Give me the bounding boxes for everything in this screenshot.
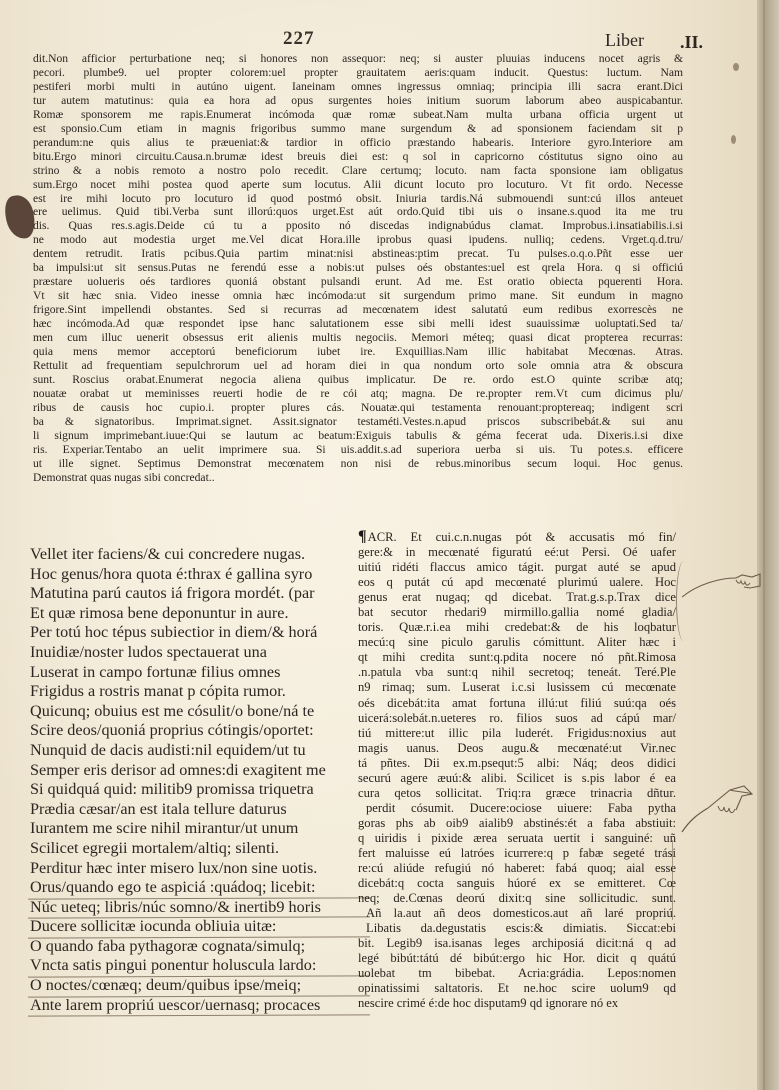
commentary-line: Añ la.aut añ deos domesticos.aut añ laré… [358, 906, 676, 921]
commentary-line: n9 rimaq; sum. Luserat i.c.si lusissem c… [358, 680, 676, 695]
folio-number: 227 [283, 28, 315, 50]
commentary-line: dit.Non afficior perturbatione neq; si h… [33, 52, 683, 66]
commentary-line: est ire mihi locuto pro locuturo id quod… [33, 192, 683, 206]
commentary-line: neq; de.Cœnas deorú dixit:q sine sollici… [358, 891, 676, 906]
commentary-line: toris. Quæ.r.i.ea mihi credebat:& de his… [358, 620, 676, 635]
commentary-line: genus erat nugaq; qd dicebat. Trat.g.s.p… [358, 590, 676, 605]
commentary-line: dicebát:q cocta sanguis húoré ex se emit… [358, 876, 676, 891]
commentary-line: .n.patula vba sunt:q nihil secretoq; ten… [358, 665, 676, 680]
commentary-line: Libatis da.degustatis escis:& dimiatis. … [358, 921, 676, 936]
verse-line: Frigidus a rostris manat p cópita rumor. [30, 682, 360, 702]
commentary-line: Rettulit ad frequentiam sepulchrorum uel… [33, 359, 683, 373]
commentary-line: ris. Experiar.Tentabo an uelit imprimere… [33, 443, 683, 457]
commentary-line: tur autem matutinus: quia ea hora ad opu… [33, 94, 683, 108]
commentary-line: dis. Quas res.s.agis.Deide cú tu a pposi… [33, 219, 683, 233]
book-page: 227 Liber .II. dit.Non afficior perturba… [0, 0, 779, 1090]
commentary-line: sunt. Roscius orabat.Enumerat negocia al… [33, 373, 683, 387]
verse-line: Perditur hæc inter misero lux/non sine u… [30, 859, 360, 879]
commentary-line: gere:& in mecœnaté figuratú eé:ut Persi.… [358, 545, 676, 560]
verse-line: O quando faba pythagoræ cognata/simulq; [30, 937, 360, 957]
commentary-line: strino & a nobis remoto a nostro polo re… [33, 164, 683, 178]
page-gutter [757, 0, 779, 1090]
commentary-line: nescire crimé é:de hoc disputam9 qd igno… [358, 996, 676, 1011]
commentary-text: ACR. Et cui.c.n.nugas pót & accusatis mó… [368, 530, 676, 544]
commentary-line: magis uanus. Deos augu.& mecœnaté:ut Vir… [358, 741, 676, 756]
commentary-line: quia mens memor acceptorú beneficiorum i… [33, 345, 683, 359]
commentary-line: ere uelimus. Quid tibi.Verba sunt illorú… [33, 205, 683, 219]
commentary-line: ribus de causis hoc cupio.i. propter plu… [33, 401, 683, 415]
verse-line: Nunquid de dacis audisti:nil equidem/ut … [30, 741, 360, 761]
paper-spot [731, 135, 736, 144]
commentary-line: tiú mittere:ut illic pila luderét. Frigi… [358, 726, 676, 741]
commentary-line: qt mihi credita sunt:q.pdita nocere nó p… [358, 650, 676, 665]
commentary-line: hæc incómoda.Ad quæ respondet ipse hanc … [33, 317, 683, 331]
commentary-line: tá pñtes. Dii ex.m.psequt:5 albi: Náq; d… [358, 756, 676, 771]
verse-line: Scilicet egregii mortalem/altiq; silenti… [30, 839, 360, 859]
verse-line: Quicunq; obuius est me cósulit/o bone/ná… [30, 702, 360, 722]
commentary-line: dentem retrudit. Iratis pcibus.Quia part… [33, 247, 683, 261]
commentary-line: bat secutor rhedari9 mirmillo.gallia nom… [358, 605, 676, 620]
commentary-line: sum.Ergo nocet mihi postea quod aperte s… [33, 178, 683, 192]
verse-line-underlined: O noctes/cœnæq; deum/quibus ipse/meiq; [30, 976, 360, 996]
commentary-line: opinatissimi saltatoris. Et ne.hoc scire… [358, 981, 676, 996]
running-head: Liber [605, 30, 644, 51]
paragraph-mark-icon: ¶ [358, 529, 367, 545]
commentary-line: Demonstrat quas nugas sibi concredat.. [33, 471, 683, 485]
verse-line-underlined: Núc ueteq; libris/núc somno/& inertib9 h… [30, 898, 360, 918]
verse-line: Per totú hoc tépus subiectior in diem/& … [30, 623, 360, 643]
paper-spot [733, 63, 739, 71]
verse-line: Scire deos/quoniá proprius cótingis/opor… [30, 721, 360, 741]
commentary-line: oés dicebát:ita amat fortuna illú:ut fil… [358, 696, 676, 711]
commentary-line: Vt sit hæc snia. Video inesse omnia hæc … [33, 289, 683, 303]
commentary-line: ne modo aut modestia urget me.Vel dicat … [33, 233, 683, 247]
commentary-line: eos q putát cú apd mecœnaté plurimú uale… [358, 575, 676, 590]
commentary-line: mecú:q sine piculo garulis cómittunt. Al… [358, 635, 676, 650]
commentary-line: perdit cósumit. Ducere:ociose uiuere: Fa… [358, 801, 676, 816]
commentary-line: ba impulsi:ut sit sensus.Putas ne ferend… [33, 261, 683, 275]
margin-bracket [672, 840, 683, 920]
commentary-line: q uiridis i pixide ærea seruata uertit i… [358, 831, 676, 846]
commentary-line-first: ¶ACR. Et cui.c.n.nugas pót & accusatis m… [358, 529, 676, 545]
commentary-line: goras phs ab oib9 aialib9 abstinés:ét a … [358, 816, 676, 831]
verse-line-underlined: Orus/quando ego te aspiciá :quádoq; lice… [30, 878, 360, 898]
commentary-block-top: dit.Non afficior perturbatione neq; si h… [33, 52, 683, 485]
commentary-line: bitu.Ergo minori circuitu.Causa.n.brumæ … [33, 150, 683, 164]
verse-line: Hoc genus/hora quota é:thrax é gallina s… [30, 565, 360, 585]
pointing-hand-icon [678, 780, 768, 850]
commentary-line: uicerá:solebát.n.ueteres ro. filios suos… [358, 711, 676, 726]
verse-line: Et quæ rimosa bene deponuntur in aure. [30, 604, 360, 624]
commentary-line: men cum illuc uenerit obsessus erit alie… [33, 331, 683, 345]
commentary-line: re:cú aliúde refugiú nó haberet: fabá qu… [358, 861, 676, 876]
commentary-line: pestiferi morbi multi in autúno uigent. … [33, 80, 683, 94]
commentary-line: securú agere æuú:& alibi. Scilicet is s.… [358, 771, 676, 786]
commentary-line: ut ille signet. Septimus Demonstrat mecœ… [33, 457, 683, 471]
pointing-hand-icon [680, 570, 770, 610]
verse-line: Semper eris derisor ad omnes:di exagiten… [30, 761, 360, 781]
verse-line: Matutina parú cautos iá frigora mordét. … [30, 584, 360, 604]
commentary-line: est sponsio.Cum etiam in magnis frigorib… [33, 122, 683, 136]
commentary-line: fert maluisse eú latróes icurrere:q p fa… [358, 846, 676, 861]
commentary-block-right: ¶ACR. Et cui.c.n.nugas pót & accusatis m… [358, 529, 676, 1012]
verse-line: Vellet iter faciens/& cui concredere nug… [30, 545, 360, 565]
verse-line-underlined: Ante larem propriú uescor/uernasq; proca… [30, 996, 360, 1016]
page-header: 227 Liber .II. [0, 28, 779, 52]
commentary-line: li signum imprimebant.iuue:Qui se lautum… [33, 429, 683, 443]
commentary-line: uitiú ridéti flaccus amico tágit. purgat… [358, 560, 676, 575]
commentary-line: præstare uolueris oés tardiores quoniá o… [33, 275, 683, 289]
commentary-line: frigore.Sint impellendi obstantes. Sed s… [33, 303, 683, 317]
commentary-line: pecori. plumbe9. uel propter colorem:uel… [33, 66, 683, 80]
verse-line: Iurantem me scire nihil mirantur/ut unum [30, 819, 360, 839]
verse-line: Luserat in campo fortunæ filius omnes [30, 663, 360, 683]
commentary-line: cura qetos sollicitat. Triq:ra græce tri… [358, 786, 676, 801]
commentary-line: legé bibút:tátú dé bibút:ergo hic Hor. d… [358, 951, 676, 966]
commentary-line: perandum:ne quis alius te præueniat:& ta… [33, 136, 683, 150]
commentary-line: ba & signatoribus. Imprimat.signet. Assi… [33, 415, 683, 429]
verse-text-block: Vellet iter faciens/& cui concredere nug… [30, 545, 360, 1015]
commentary-line: nouatæ orabat ut meminisses reuerti hodi… [33, 387, 683, 401]
verse-line: Prædia cæsar/an est itala tellure daturu… [30, 800, 360, 820]
verse-line-underlined: Ducere sollicitæ iocunda obliuia uitæ: [30, 917, 360, 937]
commentary-line: Romæ sponsorem me rapis.Enumerat incómod… [33, 108, 683, 122]
verse-line: Si quidquá quid: militib9 promissa triqu… [30, 780, 360, 800]
commentary-line: uolebat tm bibebat. Acria:grádia. Lepos:… [358, 966, 676, 981]
verse-line: Inuidiæ/noster ludos spectauerat una [30, 643, 360, 663]
verse-line-underlined: Vncta satis pingui ponentur holuscula la… [30, 956, 360, 976]
book-number: .II. [680, 32, 703, 53]
commentary-line: bit. Legib9 isa.isanas leges archiposiá … [358, 936, 676, 951]
